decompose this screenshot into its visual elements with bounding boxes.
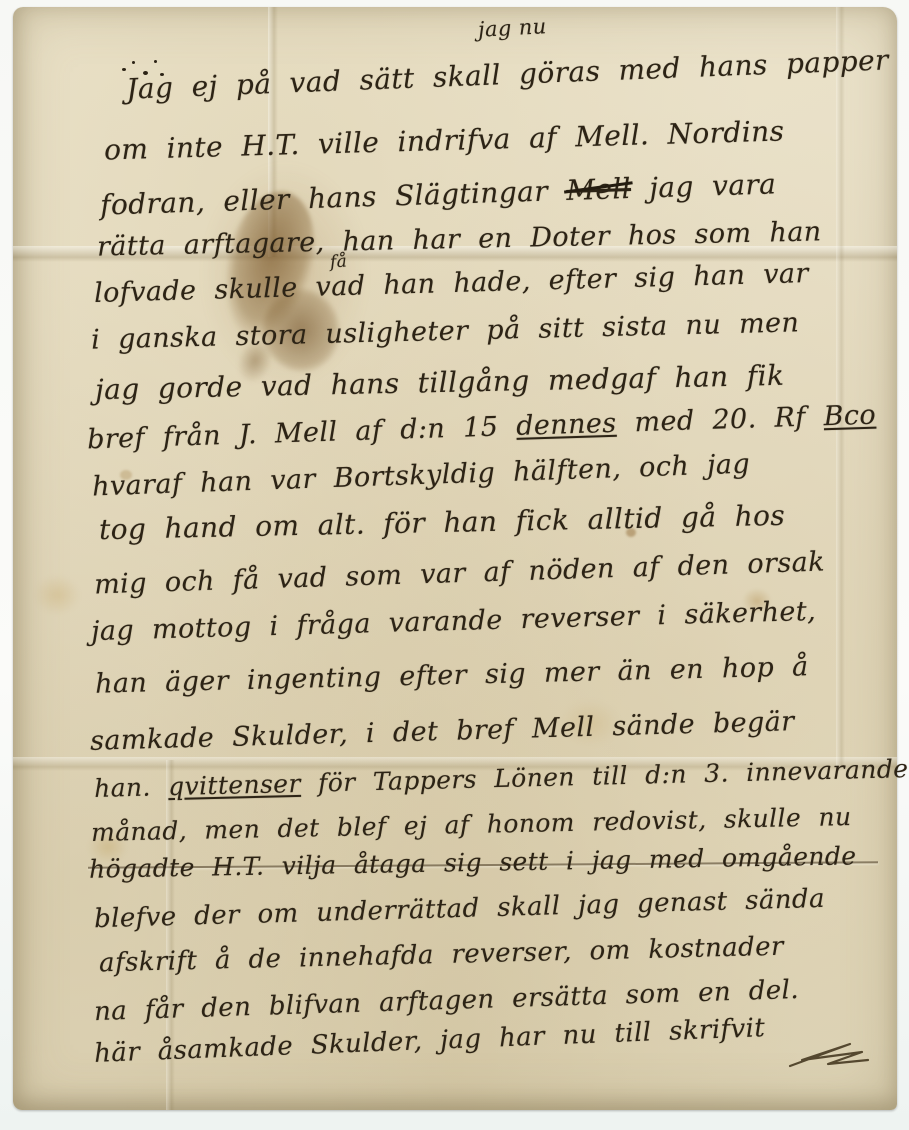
ink-spatter-dot: [154, 60, 157, 63]
letter-text-segment: han.: [94, 772, 169, 803]
underlined-word: dennes: [516, 408, 617, 442]
interlinear-insertion-fa: få: [329, 251, 348, 272]
underlined-word: Bco: [823, 400, 876, 433]
interlinear-insertion-jag-nu: jag nu: [477, 14, 547, 42]
ink-spatter-dot: [122, 68, 126, 71]
signature-flourish: [788, 1040, 872, 1074]
underlined-word: qvittenser: [168, 769, 301, 801]
letter-text-segment: jag vara: [630, 167, 776, 205]
letter-text-segment: med 20. Rf: [616, 401, 824, 438]
ink-spatter-dot: [132, 61, 135, 64]
struck-out-word: Mell: [566, 172, 632, 207]
